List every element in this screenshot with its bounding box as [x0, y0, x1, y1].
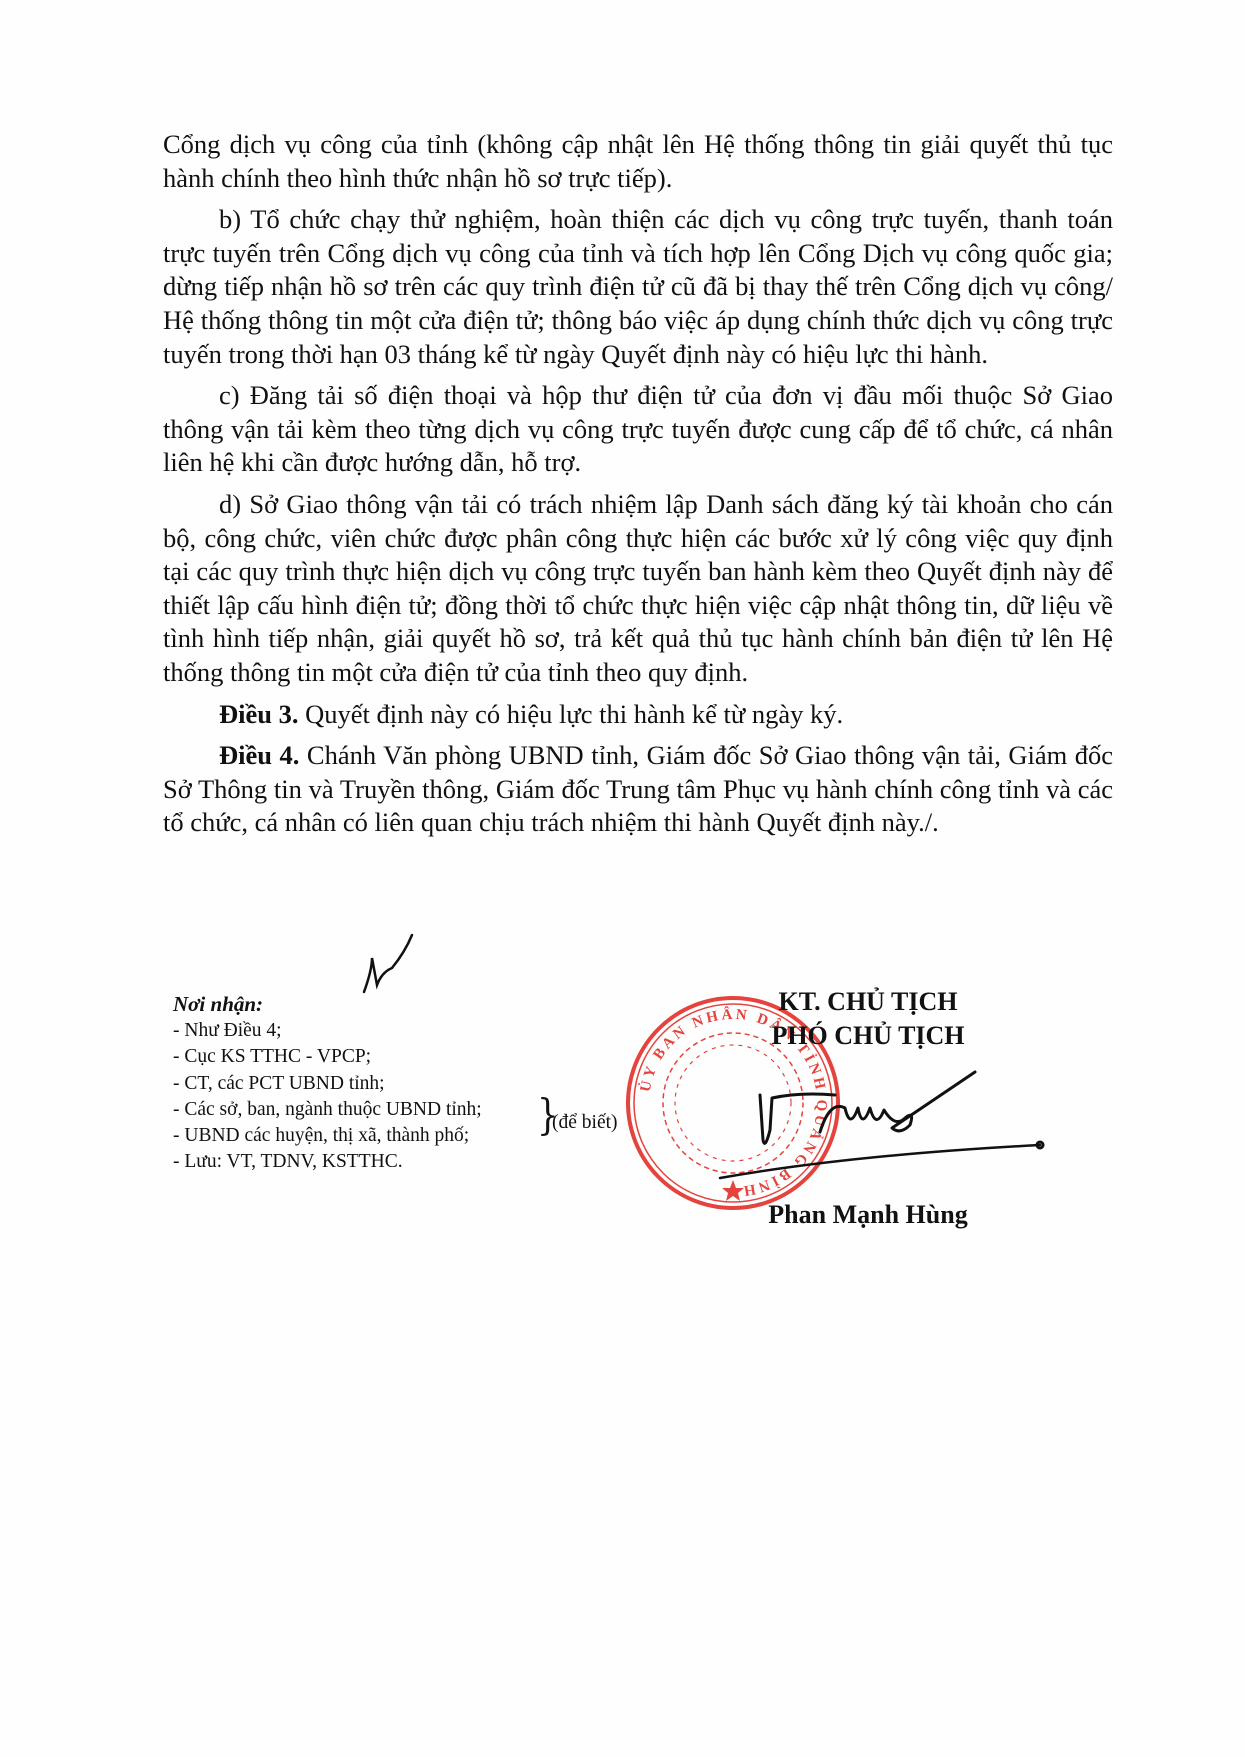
paragraph-c: c) Đăng tải số điện thoại và hộp thư điệ… [163, 379, 1113, 480]
signature-icon [720, 1072, 1043, 1178]
paragraph-d: d) Sở Giao thông vận tải có trách nhiệm … [163, 488, 1113, 690]
article-3-text: Quyết định này có hiệu lực thi hành kể t… [299, 699, 844, 729]
recipient-item: - Như Điều 4; [173, 1018, 653, 1044]
recipient-item: - CT, các PCT UBND tỉnh; [173, 1071, 653, 1097]
recipients-title: Nơi nhận: [173, 990, 653, 1018]
article-3: Điều 3. Quyết định này có hiệu lực thi h… [163, 698, 1113, 732]
recipients-block: Nơi nhận: - Như Điều 4; - Cục KS TTHC - … [173, 990, 653, 1176]
article-3-label: Điều 3. [219, 699, 299, 729]
paragraph-continuation: Cổng dịch vụ công của tỉnh (không cập nh… [163, 128, 1113, 195]
document-page: Cổng dịch vụ công của tỉnh (không cập nh… [0, 0, 1245, 1757]
recipient-item: - Lưu: VT, TDNV, KSTTHC. [173, 1149, 653, 1175]
signer-title-line-2: PHÓ CHỦ TỊCH [718, 1019, 1018, 1053]
signer-title-line-1: KT. CHỦ TỊCH [718, 985, 1018, 1019]
document-body: Cổng dịch vụ công của tỉnh (không cập nh… [163, 128, 1113, 848]
article-4-label: Điều 4. [219, 740, 299, 770]
recipient-item: - Cục KS TTHC - VPCP; [173, 1044, 653, 1070]
article-4-text: Chánh Văn phòng UBND tỉnh, Giám đốc Sở G… [163, 740, 1113, 837]
paragraph-b: b) Tổ chức chạy thử nghiệm, hoàn thiện c… [163, 203, 1113, 371]
article-4: Điều 4. Chánh Văn phòng UBND tỉnh, Giám … [163, 739, 1113, 840]
brace-note: (để biết) [552, 1112, 618, 1134]
signer-name: Phan Mạnh Hùng [718, 1200, 1018, 1230]
signer-title: KT. CHỦ TỊCH PHÓ CHỦ TỊCH [718, 985, 1018, 1053]
initials-icon [364, 935, 412, 992]
